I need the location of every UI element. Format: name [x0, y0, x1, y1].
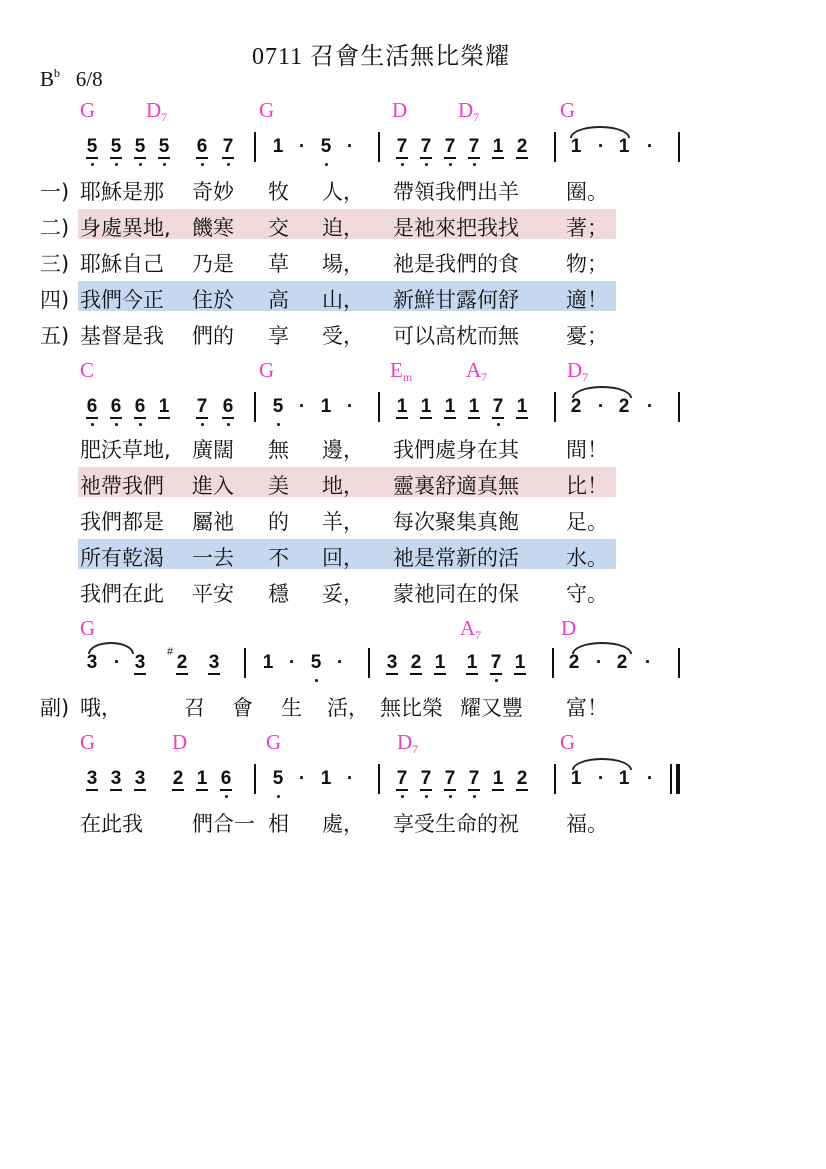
jianpu-note: 3: [384, 652, 400, 674]
jianpu-note: 1: [260, 652, 276, 674]
tie-arc: [570, 126, 630, 138]
lyric-segment: 在此我: [80, 808, 143, 838]
lyric-segment: 美: [268, 470, 289, 500]
lyric-segment: 召: [184, 692, 205, 722]
jianpu-note: 7: [194, 396, 210, 418]
chord-symbol: G: [80, 730, 95, 755]
barline: [554, 392, 556, 422]
lyric-segment: 我們都是: [80, 506, 164, 536]
chord-extension: 7: [161, 110, 167, 124]
key-accidental: b: [54, 66, 60, 80]
chord-symbol: A7: [466, 358, 487, 385]
chord-symbol: G: [266, 730, 281, 755]
chord-symbol: D: [392, 98, 407, 123]
lyric-segment: 每次聚集真飽: [393, 506, 519, 536]
jianpu-note: 2: [568, 396, 584, 418]
lyric-segment: 廣闊: [192, 434, 234, 464]
lyric-segment: 回，: [322, 542, 364, 572]
lyric-segment: 妥，: [322, 578, 364, 608]
jianpu-note: 1: [466, 396, 482, 418]
chord-symbol: D7: [146, 98, 167, 125]
lyric-segment: 所有乾渴: [80, 542, 164, 572]
augmentation-dot: ·: [345, 136, 355, 158]
barline: [670, 764, 672, 794]
chord-symbol: G: [80, 98, 95, 123]
jianpu-note: 5: [270, 396, 286, 418]
jianpu-note: 5: [270, 768, 286, 790]
jianpu-note: 6: [84, 396, 100, 418]
lyric-segment: 足。: [566, 506, 608, 536]
song-title: 0711 召會生活無比榮耀: [252, 36, 510, 71]
lyric-segment: 祂是我們的食: [393, 248, 519, 278]
lyric-segment: 耶穌自己: [80, 248, 164, 278]
jianpu-note: 3: [84, 768, 100, 790]
verse-label: 副): [40, 692, 69, 722]
lyric-segment: 的: [268, 506, 289, 536]
jianpu-note: 5: [84, 136, 100, 158]
chord-symbol: D7: [397, 730, 418, 757]
lyric-segment: 人，: [322, 176, 364, 206]
jianpu-note: 3: [132, 652, 148, 674]
chord-symbol: G: [560, 98, 575, 123]
jianpu-note: 6: [108, 396, 124, 418]
lyric-segment: 草: [268, 248, 289, 278]
jianpu-note: 7: [394, 768, 410, 790]
lyric-segment: 山，: [322, 284, 364, 314]
sharp-icon: #: [167, 646, 173, 658]
lyric-segment: 高: [268, 284, 289, 314]
jianpu-note: 2: [514, 136, 530, 158]
chord-symbol: D: [561, 616, 576, 641]
barline: [678, 392, 680, 422]
augmentation-dot: ·: [596, 768, 606, 790]
augmentation-dot: ·: [645, 396, 655, 418]
jianpu-note: 7: [442, 136, 458, 158]
tie-arc: [572, 642, 632, 654]
lyric-segment: 水。: [566, 542, 608, 572]
barline: [678, 648, 680, 678]
barline: [244, 648, 246, 678]
lyric-segment: 物；: [566, 248, 608, 278]
chord-symbol: D7: [458, 98, 479, 125]
lyric-segment: 們的: [192, 320, 234, 350]
jianpu-note: 6: [218, 768, 234, 790]
barline: [552, 648, 554, 678]
augmentation-dot: ·: [645, 768, 655, 790]
chord-extension: 7: [475, 628, 481, 642]
jianpu-note: 2#: [174, 652, 190, 674]
chord-symbol: G: [259, 358, 274, 383]
lyric-segment: 靈裏舒適真無: [393, 470, 519, 500]
chord-symbol: A7: [460, 616, 481, 643]
lyric-segment: 一去: [192, 542, 234, 572]
lyric-segment: 享: [268, 320, 289, 350]
chord-symbol: D7: [567, 358, 588, 385]
lyric-segment: 邊，: [322, 434, 364, 464]
chord-symbol: G: [560, 730, 575, 755]
augmentation-dot: ·: [596, 396, 606, 418]
lyric-segment: 會: [232, 692, 253, 722]
augmentation-dot: ·: [596, 136, 606, 158]
jianpu-note: 7: [220, 136, 236, 158]
lyric-segment: 地，: [322, 470, 364, 500]
lyric-segment: 福。: [566, 808, 608, 838]
lyric-segment: 耀又豐: [460, 692, 523, 722]
lyric-segment: 羊，: [322, 506, 364, 536]
jianpu-note: 7: [488, 652, 504, 674]
jianpu-note: 7: [490, 396, 506, 418]
lyric-segment: 牧: [268, 176, 289, 206]
barline: [378, 132, 380, 162]
augmentation-dot: ·: [297, 396, 307, 418]
augmentation-dot: ·: [297, 768, 307, 790]
jianpu-note: 1: [490, 768, 506, 790]
jianpu-note: 2: [616, 396, 632, 418]
barline: [254, 764, 256, 794]
augmentation-dot: ·: [335, 652, 345, 674]
jianpu-note: 1: [318, 768, 334, 790]
lyric-segment: 富！: [566, 692, 608, 722]
augmentation-dot: ·: [345, 396, 355, 418]
jianpu-note: 5: [156, 136, 172, 158]
jianpu-note: 1: [442, 396, 458, 418]
lyric-segment: 進入: [192, 470, 234, 500]
jianpu-note: 6: [132, 396, 148, 418]
jianpu-note: 2: [566, 652, 582, 674]
lyric-segment: 祂帶我們: [80, 470, 164, 500]
lyric-segment: 圈。: [566, 176, 608, 206]
augmentation-dot: ·: [112, 652, 122, 674]
lyric-segment: 無比榮: [380, 692, 443, 722]
lyric-segment: 著；: [566, 212, 608, 242]
verse-label: 三): [40, 248, 69, 278]
verse-label: 一): [40, 176, 69, 206]
jianpu-note: 1: [418, 396, 434, 418]
lyric-segment: 場，: [322, 248, 364, 278]
lyric-segment: 生: [281, 692, 302, 722]
jianpu-note: 1: [490, 136, 506, 158]
lyric-segment: 我們今正: [80, 284, 164, 314]
lyric-segment: 住於: [192, 284, 234, 314]
jianpu-note: 6: [220, 396, 236, 418]
chord-symbol: D: [172, 730, 187, 755]
jianpu-note: 2: [514, 768, 530, 790]
lyric-segment: 處，: [322, 808, 364, 838]
chord-extension: 7: [582, 370, 588, 384]
barline: [254, 132, 256, 162]
lyric-segment: 交: [268, 212, 289, 242]
barline: [554, 132, 556, 162]
jianpu-note: 5: [318, 136, 334, 158]
verse-label: 二): [40, 212, 69, 242]
key-note: B: [40, 67, 54, 91]
jianpu-note: 1: [156, 396, 172, 418]
lyric-segment: 我們在此: [80, 578, 164, 608]
chord-symbol: C: [80, 358, 94, 383]
lyric-segment: 可以高枕而無: [393, 320, 519, 350]
chord-symbol: G: [80, 616, 95, 641]
augmentation-dot: ·: [287, 652, 297, 674]
jianpu-note: 5: [308, 652, 324, 674]
lyric-segment: 我們處身在其: [393, 434, 519, 464]
chord-symbol: Em: [390, 358, 412, 385]
lyric-segment: 比！: [566, 470, 608, 500]
lyric-segment: 不: [268, 542, 289, 572]
lyric-segment: 間！: [566, 434, 608, 464]
jianpu-note: 3: [206, 652, 222, 674]
chord-symbol: G: [259, 98, 274, 123]
jianpu-note: 3: [84, 652, 100, 674]
lyric-segment: 屬祂: [192, 506, 234, 536]
jianpu-note: 2: [408, 652, 424, 674]
lyric-segment: 蒙祂同在的保: [393, 578, 519, 608]
chord-extension: 7: [473, 110, 479, 124]
lyric-segment: 帶領我們出羊: [393, 176, 519, 206]
jianpu-note: 1: [616, 136, 632, 158]
lyric-segment: 平安: [192, 578, 234, 608]
jianpu-note: 6: [194, 136, 210, 158]
lyric-segment: 耶穌是那: [80, 176, 164, 206]
jianpu-note: 1: [568, 136, 584, 158]
lyric-segment: 相: [268, 808, 289, 838]
lyric-segment: 饑寒: [192, 212, 234, 242]
lyric-segment: 無: [268, 434, 289, 464]
lyric-segment: 守。: [566, 578, 608, 608]
lyric-segment: 是祂來把我找: [393, 212, 519, 242]
jianpu-note: 7: [394, 136, 410, 158]
augmentation-dot: ·: [345, 768, 355, 790]
augmentation-dot: ·: [645, 136, 655, 158]
jianpu-note: 7: [418, 136, 434, 158]
lyric-segment: 新鮮甘露何舒: [393, 284, 519, 314]
lyric-segment: 身處異地,: [80, 212, 171, 242]
lyric-segment: 適！: [566, 284, 608, 314]
jianpu-note: 1: [194, 768, 210, 790]
lyric-segment: 穩: [268, 578, 289, 608]
lyric-segment: 基督是我: [80, 320, 164, 350]
jianpu-note: 1: [616, 768, 632, 790]
jianpu-note: 1: [318, 396, 334, 418]
jianpu-note: 3: [132, 768, 148, 790]
jianpu-note: 3: [108, 768, 124, 790]
jianpu-note: 2: [170, 768, 186, 790]
barline: [368, 648, 370, 678]
lyric-segment: 迫，: [322, 212, 364, 242]
lyric-segment: 乃是: [192, 248, 234, 278]
barline: [678, 132, 680, 162]
lyric-segment: 受，: [322, 320, 364, 350]
jianpu-note: 7: [442, 768, 458, 790]
chord-extension: 7: [481, 370, 487, 384]
jianpu-note: 1: [432, 652, 448, 674]
jianpu-note: 1: [270, 136, 286, 158]
jianpu-note: 5: [108, 136, 124, 158]
augmentation-dot: ·: [297, 136, 307, 158]
augmentation-dot: ·: [594, 652, 604, 674]
jianpu-note: 5: [132, 136, 148, 158]
barline: [378, 392, 380, 422]
jianpu-note: 7: [418, 768, 434, 790]
jianpu-note: 7: [466, 768, 482, 790]
tie-arc: [572, 758, 632, 770]
chord-extension: 7: [412, 742, 418, 756]
jianpu-note: 1: [464, 652, 480, 674]
jianpu-note: 2: [614, 652, 630, 674]
jianpu-note: 1: [514, 396, 530, 418]
tie-arc: [572, 386, 632, 398]
chord-extension: m: [403, 370, 412, 384]
lyric-segment: 憂；: [566, 320, 608, 350]
final-barline: [676, 764, 680, 794]
lyric-segment: 奇妙: [192, 176, 234, 206]
lyric-segment: 享受生命的祝: [393, 808, 519, 838]
lyric-segment: 哦，: [80, 692, 122, 722]
verse-label: 五): [40, 320, 69, 350]
jianpu-note: 1: [394, 396, 410, 418]
jianpu-note: 7: [466, 136, 482, 158]
lyric-segment: 肥沃草地,: [80, 434, 171, 464]
lyric-segment: 們合一: [192, 808, 255, 838]
lyric-segment: 祂是常新的活: [393, 542, 519, 572]
augmentation-dot: ·: [643, 652, 653, 674]
time-signature: 6/8: [76, 67, 103, 91]
tie-arc: [88, 642, 134, 654]
jianpu-note: 1: [568, 768, 584, 790]
barline: [378, 764, 380, 794]
barline: [254, 392, 256, 422]
key-signature: Bb 6/8: [40, 66, 103, 92]
verse-label: 四): [40, 284, 69, 314]
lyric-segment: 活，: [327, 692, 369, 722]
barline: [554, 764, 556, 794]
jianpu-note: 1: [512, 652, 528, 674]
